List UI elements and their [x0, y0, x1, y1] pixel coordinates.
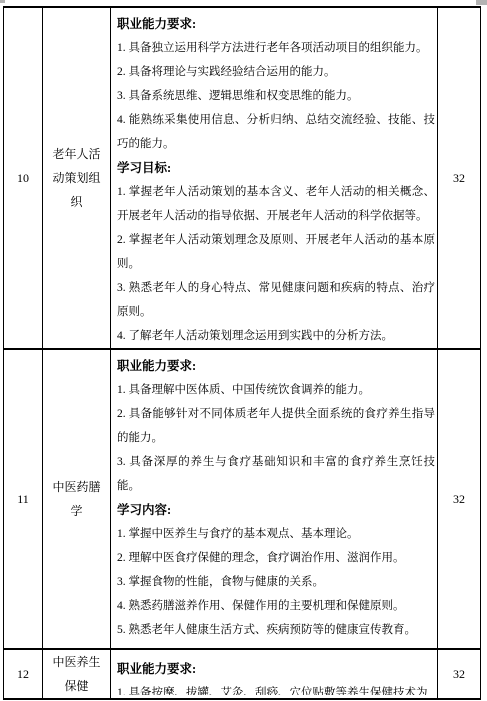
content-item: 3. 具备系统思维、逻辑思维和权变思维的能力。 [117, 84, 435, 108]
content-item: 2. 理解中医食疗保健的理念，食疗调治作用、滋润作用。 [117, 546, 435, 570]
hours-value: 32 [453, 492, 465, 506]
content-item: 1. 掌握老年人活动策划的基本含义、老年人活动的相关概念、开展老年人活动的指导依… [117, 180, 435, 228]
content-item: 5. 熟悉老年人健康生活方式、疾病预防等的健康宣传教育。 [117, 618, 435, 642]
document-page: 10 老年人活动策划组织 职业能力要求: 1. 具备独立运用科学方法进行老年各项… [0, 0, 487, 701]
content-item: 1. 具备按摩、拔罐、艾灸、刮痧、穴位贴敷等养生保健技术为 [117, 681, 435, 695]
content-cell: 职业能力要求: 1. 具备理解中医体质、中国传统饮食调养的能力。 2. 具备能够… [111, 349, 438, 649]
screen-corner-artifact-right [476, 0, 487, 5]
row-number: 10 [17, 171, 29, 185]
content-item: 1. 具备独立运用科学方法进行老年各项活动项目的组织能力。 [117, 36, 435, 60]
course-name-cell: 中医药膳学 [43, 349, 111, 649]
table-row: 12 中医养生保健 职业能力要求: 1. 具备按摩、拔罐、艾灸、刮痧、穴位贴敷等… [4, 649, 481, 699]
hours-cell: 32 [438, 349, 481, 649]
table-row: 10 老年人活动策划组织 职业能力要求: 1. 具备独立运用科学方法进行老年各项… [4, 7, 481, 349]
hours-value: 32 [453, 171, 465, 185]
content-item: 4. 了解老年人活动策划理念运用到实践中的分析方法。 [117, 324, 435, 348]
content-cell: 职业能力要求: 1. 具备按摩、拔罐、艾灸、刮痧、穴位贴敷等养生保健技术为 [111, 649, 438, 699]
hours-cell: 32 [438, 7, 481, 349]
content-item: 4. 熟悉药膳滋养作用、保健作用的主要机理和保健原则。 [117, 594, 435, 618]
row-number-cell: 12 [4, 649, 43, 699]
hours-cell: 32 [438, 649, 481, 699]
content-item: 2. 具备能够针对不同体质老年人提供全面系统的食疗养生指导的能力。 [117, 402, 435, 450]
row-number: 12 [17, 667, 29, 681]
hours-value: 32 [453, 667, 465, 681]
course-name-cell: 中医养生保健 [43, 649, 111, 699]
course-name: 老年人活动策划组织 [52, 147, 100, 209]
content-item: 1. 掌握中医养生与食疗的基本观点、基本理论。 [117, 522, 435, 546]
curriculum-table: 10 老年人活动策划组织 职业能力要求: 1. 具备独立运用科学方法进行老年各项… [3, 6, 481, 700]
course-name: 中医药膳学 [52, 480, 100, 518]
content-item: 3. 掌握食物的性能，食物与健康的关系。 [117, 570, 435, 594]
section-heading: 职业能力要求: [117, 12, 435, 36]
content-item: 3. 具备深厚的养生与食疗基础知识和丰富的食疗养生烹饪技能。 [117, 450, 435, 498]
content-item: 3. 熟悉老年人的身心特点、常见健康问题和疾病的特点、治疗原则。 [117, 276, 435, 324]
row-number-cell: 11 [4, 349, 43, 649]
table-row: 11 中医药膳学 职业能力要求: 1. 具备理解中医体质、中国传统饮食调养的能力… [4, 349, 481, 649]
section-heading: 学习目标: [117, 156, 435, 180]
section-heading: 职业能力要求: [117, 657, 435, 681]
section-heading: 学习内容: [117, 498, 435, 522]
content-item: 1. 具备理解中医体质、中国传统饮食调养的能力。 [117, 378, 435, 402]
row-number: 11 [17, 492, 29, 506]
row-number-cell: 10 [4, 7, 43, 349]
content-item: 4. 能熟练采集使用信息、分析归纳、总结交流经验、技能、技巧的能力。 [117, 108, 435, 156]
section-heading: 职业能力要求: [117, 354, 435, 378]
content-item: 2. 掌握老年人活动策划理念及原则、开展老年人活动的基本原则。 [117, 228, 435, 276]
course-name: 中医养生保健 [52, 655, 100, 693]
content-item: 2. 具备将理论与实践经验结合运用的能力。 [117, 60, 435, 84]
content-cell: 职业能力要求: 1. 具备独立运用科学方法进行老年各项活动项目的组织能力。 2.… [111, 7, 438, 349]
screen-corner-artifact-left [0, 0, 5, 3]
course-name-cell: 老年人活动策划组织 [43, 7, 111, 349]
